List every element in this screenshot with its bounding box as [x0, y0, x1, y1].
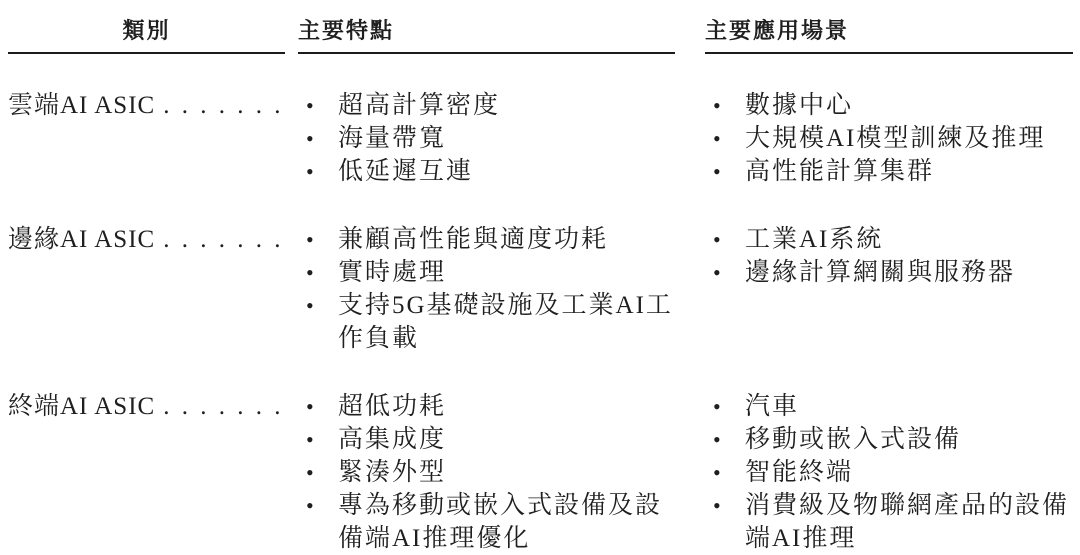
category-label: 雲端AI ASIC — [8, 92, 155, 119]
applications-cell: •數據中心•大規模AI模型訓練及推理•高性能計算集群 — [705, 89, 1073, 188]
bullet-icon: • — [713, 89, 721, 122]
bullet-icon: • — [713, 456, 721, 489]
applications-cell: •工業AI系統•邊緣計算網關與服務器 — [705, 223, 1073, 289]
bullet-item: •兼顧高性能與適度功耗 — [298, 223, 675, 256]
table-header-row: 類別 主要特點 主要應用場景 — [8, 14, 1080, 54]
bullet-text: 超高計算密度 — [338, 92, 500, 119]
features-list: •超高計算密度•海量帶寬•低延遲互連 — [298, 89, 675, 188]
category-cell: 邊緣AI ASIC. . . . . . . — [8, 223, 285, 256]
dot-leader: . . . . . . . — [155, 226, 283, 253]
bullet-text: 低延遲互連 — [338, 158, 473, 185]
bullet-text: 數據中心 — [745, 92, 853, 119]
bullet-icon: • — [306, 256, 314, 289]
bullet-item: •實時處理 — [298, 256, 675, 289]
bullet-text: 移動或嵌入式設備 — [745, 426, 961, 453]
bullet-item: •移動或嵌入式設備 — [705, 423, 1073, 456]
bullet-text: 工業AI系統 — [745, 226, 883, 253]
bullet-item: •專為移動或嵌入式設備及設備端AI推理優化 — [298, 489, 675, 555]
bullet-item: •高性能計算集群 — [705, 155, 1073, 188]
bullet-icon: • — [306, 223, 314, 256]
bullet-icon: • — [713, 423, 721, 456]
bullet-item: •低延遲互連 — [298, 155, 675, 188]
table-body: 雲端AI ASIC. . . . . . . •超高計算密度•海量帶寬•低延遲互… — [8, 89, 1080, 555]
category-label: 邊緣AI ASIC — [8, 226, 155, 253]
features-list: •兼顧高性能與適度功耗•實時處理•支持5G基礎設施及工業AI工作負載 — [298, 223, 675, 355]
table-row: 邊緣AI ASIC. . . . . . . •兼顧高性能與適度功耗•實時處理•… — [8, 223, 1080, 355]
features-cell: •超高計算密度•海量帶寬•低延遲互連 — [298, 89, 675, 188]
category-cell: 雲端AI ASIC. . . . . . . — [8, 89, 285, 122]
bullet-text: 大規模AI模型訓練及推理 — [745, 125, 1045, 152]
features-cell: •超低功耗•高集成度•緊湊外型•專為移動或嵌入式設備及設備端AI推理優化 — [298, 390, 675, 555]
bullet-text: 高性能計算集群 — [745, 158, 934, 185]
header-features: 主要特點 — [298, 14, 675, 54]
bullet-item: •智能終端 — [705, 456, 1073, 489]
document-page: 類別 主要特點 主要應用場景 雲端AI ASIC. . . . . . . •超… — [0, 0, 1080, 555]
bullet-text: 實時處理 — [338, 259, 446, 286]
bullet-text: 兼顧高性能與適度功耗 — [338, 226, 608, 253]
bullet-text: 超低功耗 — [338, 393, 446, 420]
bullet-icon: • — [713, 122, 721, 155]
bullet-text: 海量帶寬 — [338, 125, 446, 152]
header-applications: 主要應用場景 — [705, 14, 1073, 54]
features-list: •超低功耗•高集成度•緊湊外型•專為移動或嵌入式設備及設備端AI推理優化 — [298, 390, 675, 555]
bullet-item: •數據中心 — [705, 89, 1073, 122]
bullet-icon: • — [306, 390, 314, 423]
table-row: 雲端AI ASIC. . . . . . . •超高計算密度•海量帶寬•低延遲互… — [8, 89, 1080, 188]
bullet-text: 邊緣計算網關與服務器 — [745, 259, 1015, 286]
bullet-text: 專為移動或嵌入式設備及設備端AI推理優化 — [338, 492, 662, 552]
category-label: 終端AI ASIC — [8, 393, 155, 420]
bullet-icon: • — [713, 155, 721, 188]
bullet-icon: • — [713, 223, 721, 256]
bullet-item: •支持5G基礎設施及工業AI工作負載 — [298, 289, 675, 355]
bullet-icon: • — [713, 256, 721, 289]
applications-list: •數據中心•大規模AI模型訓練及推理•高性能計算集群 — [705, 89, 1073, 188]
bullet-item: •超低功耗 — [298, 390, 675, 423]
bullet-item: •超高計算密度 — [298, 89, 675, 122]
bullet-item: •海量帶寬 — [298, 122, 675, 155]
bullet-item: •邊緣計算網關與服務器 — [705, 256, 1073, 289]
bullet-item: •消費級及物聯網產品的設備端AI推理 — [705, 489, 1073, 555]
category-cell: 終端AI ASIC. . . . . . . — [8, 390, 285, 423]
bullet-text: 支持5G基礎設施及工業AI工作負載 — [338, 292, 673, 352]
bullet-icon: • — [306, 155, 314, 188]
bullet-text: 汽車 — [745, 393, 799, 420]
bullet-item: •大規模AI模型訓練及推理 — [705, 122, 1073, 155]
bullet-text: 緊湊外型 — [338, 459, 446, 486]
bullet-icon: • — [713, 489, 721, 522]
dot-leader: . . . . . . . — [155, 393, 283, 420]
bullet-icon: • — [306, 289, 314, 322]
table-row: 終端AI ASIC. . . . . . . •超低功耗•高集成度•緊湊外型•專… — [8, 390, 1080, 555]
bullet-text: 消費級及物聯網產品的設備端AI推理 — [745, 492, 1069, 552]
applications-cell: •汽車•移動或嵌入式設備•智能終端•消費級及物聯網產品的設備端AI推理 — [705, 390, 1073, 555]
bullet-item: •汽車 — [705, 390, 1073, 423]
header-category: 類別 — [8, 14, 285, 54]
bullet-icon: • — [713, 390, 721, 423]
features-cell: •兼顧高性能與適度功耗•實時處理•支持5G基礎設施及工業AI工作負載 — [298, 223, 675, 355]
bullet-item: •高集成度 — [298, 423, 675, 456]
bullet-icon: • — [306, 122, 314, 155]
bullet-item: •緊湊外型 — [298, 456, 675, 489]
bullet-item: •工業AI系統 — [705, 223, 1073, 256]
bullet-icon: • — [306, 423, 314, 456]
bullet-text: 高集成度 — [338, 426, 446, 453]
bullet-icon: • — [306, 89, 314, 122]
bullet-icon: • — [306, 456, 314, 489]
applications-list: •工業AI系統•邊緣計算網關與服務器 — [705, 223, 1073, 289]
bullet-icon: • — [306, 489, 314, 522]
dot-leader: . . . . . . . — [155, 92, 283, 119]
bullet-text: 智能終端 — [745, 459, 853, 486]
applications-list: •汽車•移動或嵌入式設備•智能終端•消費級及物聯網產品的設備端AI推理 — [705, 390, 1073, 555]
